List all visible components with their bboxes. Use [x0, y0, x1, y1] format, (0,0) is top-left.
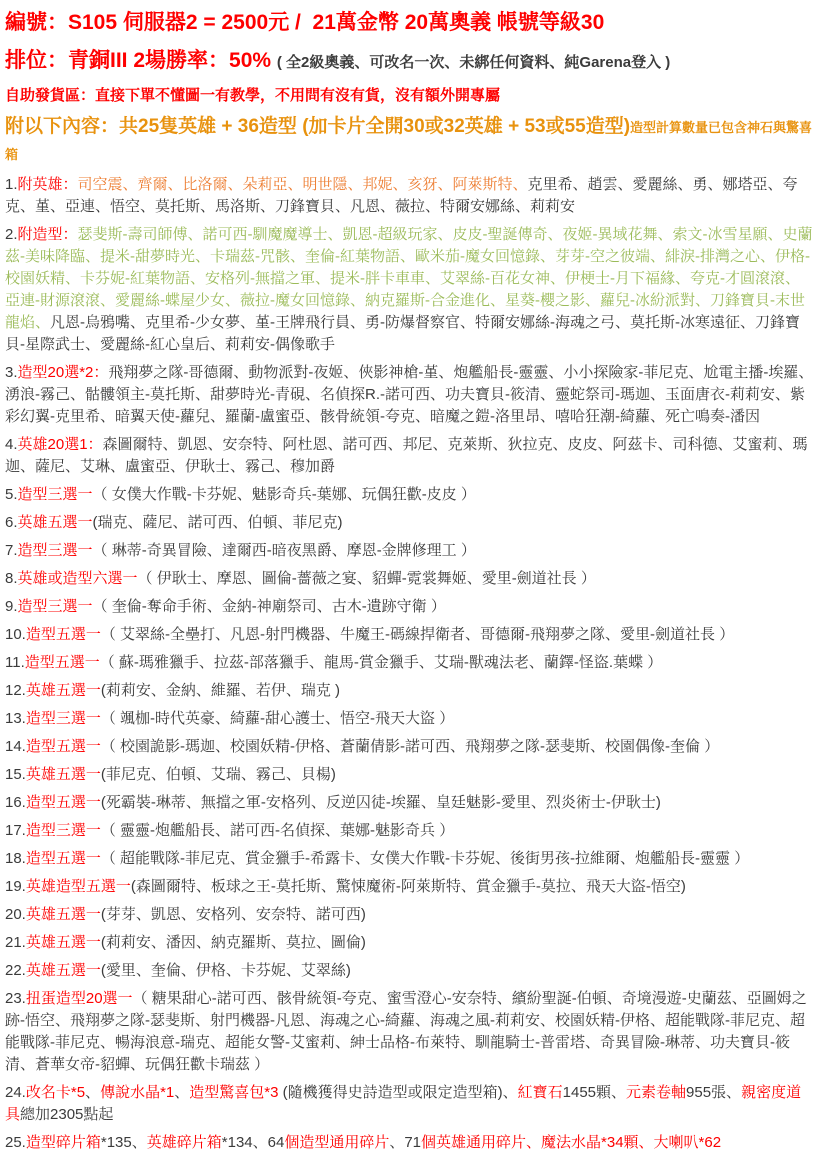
item-number: 7.: [5, 542, 18, 559]
text-segment: (芽芽、凱恩、安格列、安奈特、諾可西): [101, 906, 366, 923]
text-segment: 個造型通用碎片: [284, 1134, 389, 1151]
item-number: 4.: [5, 436, 18, 453]
text-segment: (菲尼克、伯頓、艾瑞、霧己、貝楊): [101, 766, 336, 783]
text-segment: 編號：S105 伺服器2 = 2500元 / 21萬金幣 20萬奧義 帳號等級3…: [5, 11, 604, 34]
item-5: 5.造型三選一（ 女僕大作戰-卡芬妮、魅影奇兵-葉娜、玩偶狂歡-皮皮 ）: [5, 484, 814, 506]
text-segment: (森圖爾特、板球之王-莫托斯、驚悚魔術-阿萊斯特、賞金獵手-莫拉、飛天大盜-悟空…: [131, 878, 686, 895]
item-24: 24.改名卡*5、傳說水晶*1、造型驚喜包*3 (隨機獲得史詩造型或限定造型箱)…: [5, 1082, 814, 1126]
text-segment: *135、: [101, 1134, 147, 1151]
item-label: 附造型：: [18, 226, 78, 243]
item-21: 21.英雄五選一(莉莉安、潘因、納克羅斯、莫拉、圖倫): [5, 932, 814, 954]
item-label: 造型三選一: [18, 486, 93, 503]
item-14: 14.造型五選一（ 校園詭影-瑪迦、校園妖精-伊格、蒼蘭倩影-諾可西、飛翔夢之隊…: [5, 736, 814, 758]
contents-summary: 附以下內容：共25隻英雄 + 36造型 (加卡片全開30或32英雄 + 53或5…: [5, 114, 814, 168]
text-segment: 森圖爾特、凱恩、安奈特、阿杜恩、諾可西、邦尼、克萊斯、狄拉克、皮皮、阿茲卡、司科…: [5, 436, 808, 475]
item-11: 11.造型五選一（ 蘇-瑪雅獵手、拉茲-部落獵手、龍馬-賞金獵手、艾瑞-獸魂法老…: [5, 652, 814, 674]
item-number: 16.: [5, 794, 26, 811]
text-segment: 個英雄通用碎片、魔法水晶*34顆、大喇叭*62: [421, 1134, 721, 1151]
listing-title: 編號：S105 伺服器2 = 2500元 / 21萬金幣 20萬奧義 帳號等級3…: [5, 8, 814, 38]
item-label: 造型三選一: [18, 542, 93, 559]
text-segment: ( 全2級奧義、可改名一次、未綁任何資料、純Garena登入 ): [277, 54, 670, 71]
text-segment: 955張、: [686, 1084, 741, 1101]
item-label: 造型五選一: [26, 738, 101, 755]
item-number: 18.: [5, 850, 26, 867]
item-number: 19.: [5, 878, 26, 895]
item-20: 20.英雄五選一(芽芽、凱恩、安格列、安奈特、諾可西): [5, 904, 814, 926]
text-segment: 、: [174, 1084, 189, 1101]
item-number: 13.: [5, 710, 26, 727]
item-number: 5.: [5, 486, 18, 503]
text-segment: 造型碎片箱: [26, 1134, 101, 1151]
item-3: 3.造型20選*2：飛翔夢之隊-哥德爾、動物派對-夜姬、俠影神槍-堇、炮艦船長-…: [5, 362, 814, 428]
item-label: 造型三選一: [26, 822, 101, 839]
text-segment: (莉莉安、金納、維羅、若伊、瑞克 ): [101, 682, 340, 699]
item-number: 22.: [5, 962, 26, 979]
item-label: 造型五選一: [25, 654, 100, 671]
text-segment: 、71: [389, 1134, 421, 1151]
item-4: 4.英雄20選1：森圖爾特、凱恩、安奈特、阿杜恩、諾可西、邦尼、克萊斯、狄拉克、…: [5, 434, 814, 478]
item-label: 英雄五選一: [26, 766, 101, 783]
text-segment: 司空震、齊爾、比洛爾、朵莉亞、明世隱、邦妮、亥犽、阿萊斯特、: [78, 176, 528, 193]
text-segment: 1455顆、: [563, 1084, 626, 1101]
text-segment: 元素卷軸: [626, 1084, 686, 1101]
item-label: 英雄20選1：: [18, 436, 103, 453]
item-12: 12.英雄五選一(莉莉安、金納、維羅、若伊、瑞克 ): [5, 680, 814, 702]
item-number: 20.: [5, 906, 26, 923]
rank-line: 排位：青銅III 2場勝率：50% ( 全2級奧義、可改名一次、未綁任何資料、純…: [5, 46, 814, 78]
item-number: 9.: [5, 598, 18, 615]
item-16: 16.造型五選一(死霸裝-琳蒂、無擋之軍-安格列、反逆囚徒-埃羅、皇廷魅影-愛里…: [5, 792, 814, 814]
item-8: 8.英雄或造型六選一（ 伊耿士、摩恩、圖倫-薔薇之宴、貂蟬-霓裳舞姬、愛里-劍道…: [5, 568, 814, 590]
item-number: 3.: [5, 364, 18, 381]
text-segment: （ 蘇-瑪雅獵手、拉茲-部落獵手、龍馬-賞金獵手、艾瑞-獸魂法老、蘭鐸-怪盜.葉…: [100, 654, 662, 671]
item-label: 英雄或造型六選一: [18, 570, 138, 587]
text-segment: （ 女僕大作戰-卡芬妮、魅影奇兵-葉娜、玩偶狂歡-皮皮 ）: [93, 486, 476, 503]
text-segment: 凡恩-烏鴉嘴、克里希-少女夢、堇-王牌飛行員、勇-防爆督察官、特爾安娜絲-海魂之…: [5, 314, 800, 353]
item-label: 造型20選*2：: [18, 364, 109, 381]
item-number: 1.: [5, 176, 18, 193]
item-label: 造型三選一: [18, 598, 93, 615]
text-segment: 、: [85, 1084, 100, 1101]
text-segment: （ 艾翠絲-全壘打、凡恩-射門機器、牛魔王-碼線捍衛者、哥德爾-飛翔夢之隊、愛里…: [101, 626, 734, 643]
text-segment: （ 校園詭影-瑪迦、校園妖精-伊格、蒼蘭倩影-諾可西、飛翔夢之隊-瑟斐斯、校園偶…: [101, 738, 719, 755]
listing-page: 編號：S105 伺服器2 = 2500元 / 21萬金幣 20萬奧義 帳號等級3…: [0, 0, 820, 1164]
item-number: 24.: [5, 1084, 26, 1101]
item-number: 14.: [5, 738, 26, 755]
item-label: 英雄五選一: [26, 962, 101, 979]
item-number: 21.: [5, 934, 26, 951]
text-segment: 傳說水晶*1: [100, 1084, 174, 1101]
item-22: 22.英雄五選一(愛里、奎倫、伊格、卡芬妮、艾翠絲): [5, 960, 814, 982]
text-segment: 飛翔夢之隊-哥德爾、動物派對-夜姬、俠影神槍-堇、炮艦船長-靈靈、小小探險家-菲…: [5, 364, 813, 425]
item-label: 英雄五選一: [26, 934, 101, 951]
item-number: 8.: [5, 570, 18, 587]
text-segment: *134、64: [222, 1134, 285, 1151]
item-17: 17.造型三選一（ 靈靈-炮艦船長、諾可西-名偵探、葉娜-魅影奇兵 ）: [5, 820, 814, 842]
item-label: 造型三選一: [26, 710, 101, 727]
item-label: 造型五選一: [26, 626, 101, 643]
text-segment: (死霸裝-琳蒂、無擋之軍-安格列、反逆囚徒-埃羅、皇廷魅影-愛里、烈炎術士-伊耿…: [101, 794, 661, 811]
item-number: 2.: [5, 226, 18, 243]
text-segment: 紅寶石: [518, 1084, 563, 1101]
item-number: 17.: [5, 822, 26, 839]
text-segment: 附以下內容：共25隻英雄 + 36造型 (加卡片全開30或32英雄 + 53或5…: [5, 116, 630, 137]
item-label: 扭蛋造型20選一: [26, 990, 133, 1007]
item-label: 附英雄：: [18, 176, 78, 193]
item-19: 19.英雄造型五選一(森圖爾特、板球之王-莫托斯、驚悚魔術-阿萊斯特、賞金獵手-…: [5, 876, 814, 898]
text-segment: (瑞克、薩尼、諾可西、伯頓、菲尼克): [93, 514, 343, 531]
item-6: 6.英雄五選一(瑞克、薩尼、諾可西、伯頓、菲尼克): [5, 512, 814, 534]
item-label: 造型五選一: [26, 850, 101, 867]
item-label: 英雄五選一: [26, 682, 101, 699]
item-10: 10.造型五選一（ 艾翠絲-全壘打、凡恩-射門機器、牛魔王-碼線捍衛者、哥德爾-…: [5, 624, 814, 646]
item-25: 25.造型碎片箱*135、英雄碎片箱*134、64個造型通用碎片、71個英雄通用…: [5, 1132, 814, 1154]
item-number: 12.: [5, 682, 26, 699]
text-segment: (隨機獲得史詩造型或限定造型箱)、: [278, 1084, 517, 1101]
text-segment: （ 伊耿士、摩恩、圖倫-薔薇之宴、貂蟬-霓裳舞姬、愛里-劍道社長 ）: [138, 570, 596, 587]
text-segment: 總加2305點起: [20, 1106, 113, 1123]
text-segment: （ 超能戰隊-菲尼克、賞金獵手-希露卡、女僕大作戰-卡芬妮、後街男孩-拉維爾、炮…: [101, 850, 749, 867]
item-13: 13.造型三選一（ 颯枷-時代英豪、綺蘿-甜心護士、悟空-飛天大盜 ）: [5, 708, 814, 730]
item-label: 英雄五選一: [18, 514, 93, 531]
item-7: 7.造型三選一（ 琳蒂-奇異冒險、達爾西-暗夜黑爵、摩恩-金牌修理工 ）: [5, 540, 814, 562]
item-number: 25.: [5, 1134, 26, 1151]
item-1: 1.附英雄：司空震、齊爾、比洛爾、朵莉亞、明世隱、邦妮、亥犽、阿萊斯特、克里希、…: [5, 174, 814, 218]
text-segment: (莉莉安、潘因、納克羅斯、莫拉、圖倫): [101, 934, 366, 951]
item-18: 18.造型五選一（ 超能戰隊-菲尼克、賞金獵手-希露卡、女僕大作戰-卡芬妮、後街…: [5, 848, 814, 870]
item-number: 10.: [5, 626, 26, 643]
item-label: 英雄五選一: [26, 906, 101, 923]
item-number: 15.: [5, 766, 26, 783]
item-list: 1.附英雄：司空震、齊爾、比洛爾、朵莉亞、明世隱、邦妮、亥犽、阿萊斯特、克里希、…: [5, 174, 814, 1154]
text-segment: （ 奎倫-奪命手術、金納-神廟祭司、古木-遺跡守衛 ）: [93, 598, 446, 615]
text-segment: 英雄碎片箱: [147, 1134, 222, 1151]
item-23: 23.扭蛋造型20選一（ 糖果甜心-諾可西、骸骨統領-夸克、蜜雪澄心-安奈特、繽…: [5, 988, 814, 1076]
item-number: 6.: [5, 514, 18, 531]
item-number: 23.: [5, 990, 26, 1007]
item-label: 英雄造型五選一: [26, 878, 131, 895]
item-number: 11.: [5, 654, 25, 671]
text-segment: 改名卡*5: [26, 1084, 85, 1101]
text-segment: （ 靈靈-炮艦船長、諾可西-名偵探、葉娜-魅影奇兵 ）: [101, 822, 454, 839]
text-segment: 自助發貨區：直接下單不懂圖一有教學，不用問有沒有貨，沒有額外開專屬: [5, 87, 500, 104]
text-segment: (愛里、奎倫、伊格、卡芬妮、艾翠絲): [101, 962, 351, 979]
self-service-note: 自助發貨區：直接下單不懂圖一有教學，不用問有沒有貨，沒有額外開專屬: [5, 86, 814, 106]
item-2: 2.附造型：瑟斐斯-壽司師傅、諾可西-馴魔魔導士、凱恩-超級玩家、皮皮-聖誕傳奇…: [5, 224, 814, 356]
text-segment: （ 琳蒂-奇異冒險、達爾西-暗夜黑爵、摩恩-金牌修理工 ）: [93, 542, 476, 559]
item-label: 造型五選一: [26, 794, 101, 811]
item-9: 9.造型三選一（ 奎倫-奪命手術、金納-神廟祭司、古木-遺跡守衛 ）: [5, 596, 814, 618]
item-15: 15.英雄五選一(菲尼克、伯頓、艾瑞、霧己、貝楊): [5, 764, 814, 786]
text-segment: 造型驚喜包*3: [189, 1084, 278, 1101]
text-segment: 排位：青銅III 2場勝率：50%: [5, 49, 277, 72]
text-segment: （ 颯枷-時代英豪、綺蘿-甜心護士、悟空-飛天大盜 ）: [101, 710, 454, 727]
